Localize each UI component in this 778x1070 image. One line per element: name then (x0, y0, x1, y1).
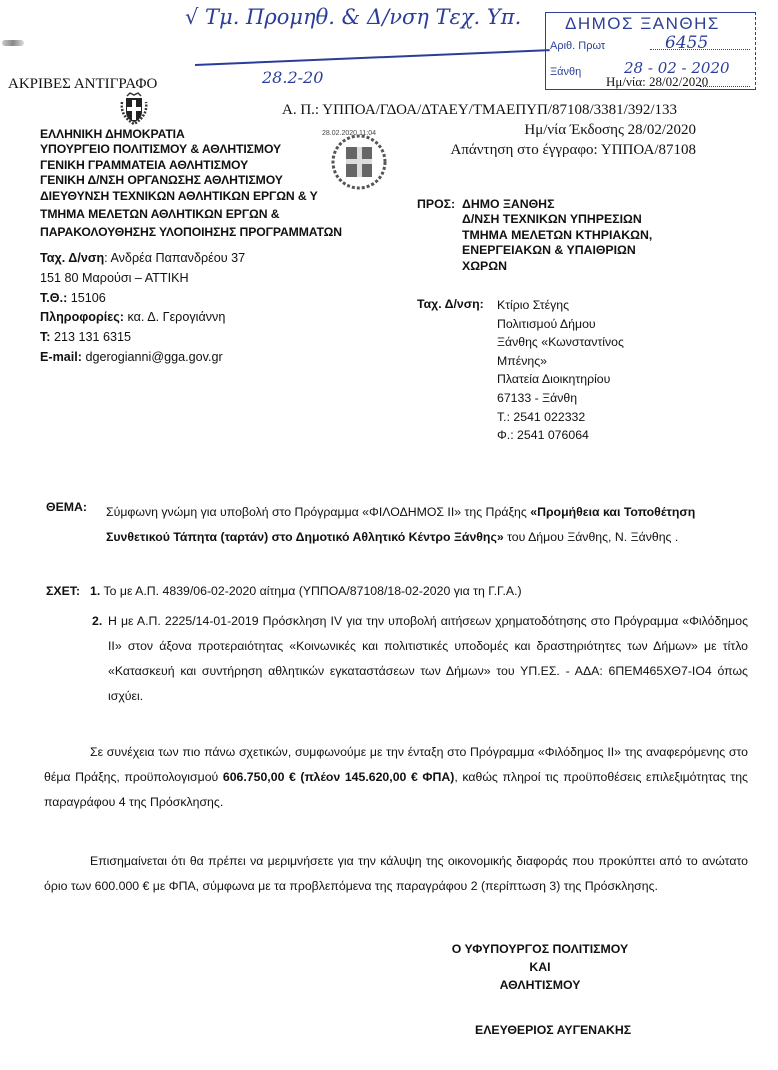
recipient-address-line: Πολιτισμού Δήμου (497, 315, 624, 334)
gov-line: ΓΕΝΙΚΗ ΓΡΑΜΜΑΤΕΙΑ ΑΘΛΗΤΙΣΜΟΥ (40, 158, 342, 173)
protocol-number: Α. Π.: ΥΠΠΟΑ/ΓΔΟΑ/ΔΤΑΕΥ/ΤΜΑΕΠΥΠ/87108/33… (282, 102, 677, 119)
issue-date: Ημ/νία Έκδοσης 28/02/2020 (524, 122, 696, 139)
handwritten-underline (195, 49, 550, 66)
greek-coat-of-arms-icon (118, 92, 150, 126)
dotted-line (700, 86, 750, 87)
recipient-line: Δ/ΝΣΗ ΤΕΧΝΙΚΩΝ ΥΠΗΡΕΣΙΩΝ (462, 212, 652, 227)
address-label: Ταχ. Δ/νση (40, 251, 104, 265)
gov-line: ΥΠΟΥΡΓΕΙΟ ΠΟΛΙΤΙΣΜΟΥ & ΑΘΛΗΤΙΣΜΟΥ (40, 142, 342, 157)
body-paragraph: Επισημαίνεται ότι θα πρέπει να μεριμνήσε… (44, 849, 748, 899)
po-value: 15106 (67, 291, 106, 305)
recipient-address-line: Πλατεία Διοικητηρίου (497, 370, 624, 389)
gov-line: ΠΑΡΑΚΟΛΟΥΘΗΣΗΣ ΥΛΟΠΟΙΗΣΗΣ ΠΡΟΓΡΑΜΜΑΤΩΝ (40, 225, 342, 240)
reference-number: 1. (90, 584, 100, 598)
subject-text-part: του Δήμου Ξάνθης, Ν. Ξάνθης . (504, 530, 679, 544)
recipient-line: ΤΜΗΜΑ ΜΕΛΕΤΩΝ ΚΤΗΡΙΑΚΩΝ, (462, 228, 652, 243)
reference-number: 2. (92, 609, 102, 634)
handwritten-date: 28.2-20 (262, 68, 323, 87)
receipt-stamp-title: ΔΗΜΟΣ ΞΑΝΘΗΣ (565, 14, 720, 34)
budget-amount: 606.750,00 € (πλέον 145.620,00 € ΦΠΑ) (223, 770, 455, 784)
info-value: κα. Δ. Γερογιάννη (124, 310, 225, 324)
receipt-date: Ημ/νία: 28/02/2020 (606, 74, 708, 90)
reply-to-reference: Απάντηση στο έγγραφο: ΥΠΠΟΑ/87108 (451, 142, 697, 159)
email-value[interactable]: dgerogianni@gga.gov.gr (82, 350, 223, 364)
subject-text-part: Σύμφωνη γνώμη για υποβολή στο Πρόγραμμα … (106, 505, 530, 519)
subject-text: Σύμφωνη γνώμη για υποβολή στο Πρόγραμμα … (106, 500, 748, 550)
exact-copy-label: ΑΚΡΙΒΕΣ ΑΝΤΙΓΡΑΦΟ (8, 76, 157, 93)
to-label: ΠΡΟΣ: (417, 197, 455, 211)
sender-address: Ταχ. Δ/νση: Ανδρέα Παπανδρέου 37 151 80 … (40, 249, 245, 368)
recipient-address-line: Μπένης» (497, 352, 624, 371)
po-label: Τ.Θ.: (40, 291, 67, 305)
recipient-address-line: Φ.: 2541 076064 (497, 426, 624, 445)
address-value: : Ανδρέα Παπανδρέου 37 (104, 251, 245, 265)
recipient-address-label: Ταχ. Δ/νση: (417, 297, 484, 311)
signatory-title-line: ΑΘΛΗΤΙΣΜΟΥ (440, 976, 640, 994)
subject-label: ΘΕΜΑ: (46, 500, 87, 514)
signatory-title-line: Ο ΥΦΥΠΟΥΡΓΟΣ ΠΟΛΙΤΙΣΜΟΥ ΚΑΙ (440, 940, 640, 976)
phone-label: Τ: (40, 330, 51, 344)
digital-signature-stamp-icon (330, 133, 388, 191)
body-paragraph: Σε συνέχεια των πιο πάνω σχετικών, συμφω… (44, 740, 748, 815)
recipient-address-line: 67133 - Ξάνθη (497, 389, 624, 408)
digital-stamp-timestamp: 28.02.2020 11:04 (322, 130, 376, 137)
signatory-name: ΕΛΕΥΘΕΡΙΟΣ ΑΥΓΕΝΑΚΗΣ (475, 1023, 631, 1037)
recipient-address: Κτίριο Στέγης Πολιτισμού Δήμου Ξάνθης «Κ… (497, 296, 624, 445)
gov-line: ΕΛΛΗΝΙΚΗ ΔΗΜΟΚΡΑΤΙΑ (40, 127, 342, 142)
recipient-line: ΔΗΜΟ ΞΑΝΘΗΣ (462, 197, 652, 212)
receipt-place-label: Ξάνθη (550, 66, 581, 78)
handwritten-note: √ Τμ. Προμηθ. & Δ/νση Τεχ. Υπ. (185, 5, 521, 29)
address-city: 151 80 Μαρούσι – ΑΤΤΙΚΗ (40, 269, 245, 289)
recipient-line: ΕΝΕΡΓΕΙΑΚΩΝ & ΥΠΑΙΘΡΙΩΝ (462, 243, 652, 258)
signatory-title: Ο ΥΦΥΠΟΥΡΓΟΣ ΠΟΛΙΤΙΣΜΟΥ ΚΑΙ ΑΘΛΗΤΙΣΜΟΥ (440, 940, 640, 994)
references-label: ΣΧΕΤ: (46, 584, 80, 598)
recipient-address-line: Τ.: 2541 022332 (497, 408, 624, 427)
recipient-line: ΧΩΡΩΝ (462, 259, 652, 274)
recipient-address-line: Ξάνθης «Κωνσταντίνος (497, 333, 624, 352)
dotted-line (650, 49, 750, 50)
scan-artifact (2, 40, 24, 46)
phone-value: 213 131 6315 (51, 330, 132, 344)
recipient-name: ΔΗΜΟ ΞΑΝΘΗΣ Δ/ΝΣΗ ΤΕΧΝΙΚΩΝ ΥΠΗΡΕΣΙΩΝ ΤΜΗ… (462, 197, 652, 274)
recipient-address-line: Κτίριο Στέγης (497, 296, 624, 315)
reference-item: 1. Το με Α.Π. 4839/06-02-2020 αίτημα (ΥΠ… (90, 584, 522, 598)
reference-item: 2. Η με Α.Π. 2225/14-01-2019 Πρόσκληση I… (92, 609, 748, 709)
gov-line: ΔΙΕΥΘΥΝΣΗ ΤΕΧΝΙΚΩΝ ΑΘΛΗΤΙΚΩΝ ΕΡΓΩΝ & Υ (40, 189, 342, 204)
info-label: Πληροφορίες: (40, 310, 124, 324)
reference-text: Το με Α.Π. 4839/06-02-2020 αίτημα (ΥΠΠΟΑ… (100, 584, 521, 598)
reference-text: Η με Α.Π. 2225/14-01-2019 Πρόσκληση IV γ… (108, 609, 748, 709)
receipt-protocol-number: 6455 (665, 33, 708, 53)
receipt-protocol-label: Αριθ. Πρωτ (550, 40, 605, 52)
gov-line: ΤΜΗΜΑ ΜΕΛΕΤΩΝ ΑΘΛΗΤΙΚΩΝ ΕΡΓΩΝ & (40, 207, 342, 222)
gov-line: ΓΕΝΙΚΗ Δ/ΝΣΗ ΟΡΓΑΝΩΣΗΣ ΑΘΛΗΤΙΣΜΟΥ (40, 173, 342, 188)
government-header: ΕΛΛΗΝΙΚΗ ΔΗΜΟΚΡΑΤΙΑ ΥΠΟΥΡΓΕΙΟ ΠΟΛΙΤΙΣΜΟΥ… (40, 127, 342, 241)
email-label: E-mail: (40, 350, 82, 364)
